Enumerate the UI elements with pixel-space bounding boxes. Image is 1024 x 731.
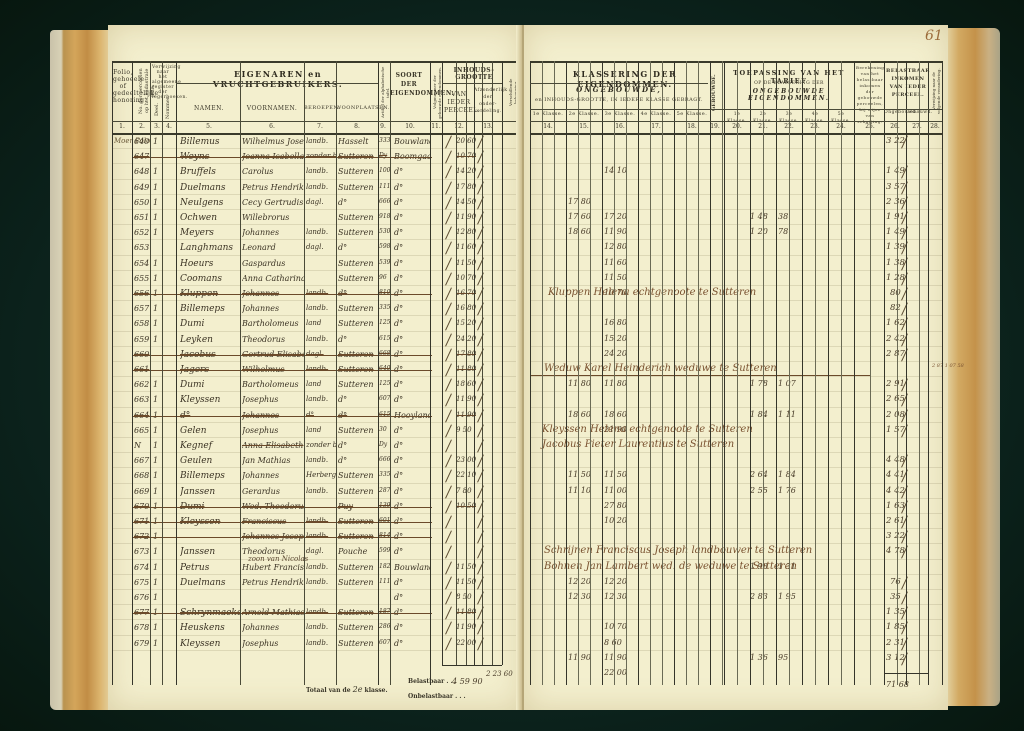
colnum-8: 8. [336,123,378,130]
owner-trade: zonder beroep [306,152,336,160]
header-col7: BEROEPEN. [304,105,336,112]
unbuilt-sub: en INHOUDS-GROOTTE, IN IEDERE KLASSE GEB… [530,97,708,104]
check-mark [445,257,452,270]
row-rule [530,407,942,408]
class-area-value: 38 [778,212,788,221]
row-rule [530,513,942,514]
colnum-13: 13. [474,123,502,130]
deel-number: 1 [153,183,158,192]
class-area-value: 11 00 [604,486,627,495]
table-row: 6791KleyssenJosephuslandb.Sutteren607d°2… [108,635,522,654]
row-rule [530,543,942,544]
property-kind: d° [394,274,430,283]
property-kind: d° [394,593,430,602]
row-rule [530,498,942,499]
check-mark [445,227,452,240]
owner-trade: landb. [306,563,336,571]
nontaxable-label: Onbelastbaar . . . [408,693,466,700]
folio-number: 61 [925,28,943,44]
left-page: Folio, gehoeele of gedeeltelijke honorin… [108,25,522,710]
owner-trade: landb. [306,623,336,631]
owner-given-names: Cecy Gertrudis [242,198,304,207]
header-col10: SOORT DER EIGENDOMMEN. [390,71,428,98]
owner-trade: landb. [306,578,336,586]
header-col11: Volgnummer der gebouwde eigendommen. [432,65,442,120]
check-mark [445,424,452,437]
deel-number: 1 [153,487,158,496]
right-column-rule [928,61,929,685]
class-area-value: 11 50 [568,470,591,479]
right-column-rule [626,61,627,685]
row-rule [530,574,942,575]
class-area-value: 8 60 [604,638,622,647]
class-area-value: 1 95 [778,592,796,601]
check-mark [445,409,452,422]
taxable-label: Belastbaar . . . [408,678,457,685]
total-class: 2e [353,685,363,694]
left-column-rule [430,61,431,685]
left-page-table: Folio, gehoeele of gedeeltelijke honorin… [108,25,522,710]
owner-given-names: Leonard [242,243,304,252]
class-header-rule [530,109,942,110]
owner-name: Kleyssen [180,639,240,649]
class-area-value: 12 20 [568,577,591,586]
row-rule [530,209,942,210]
owner-trade: landb. [306,304,336,312]
income-unbuilt-value: 76 [890,577,901,587]
check-mark [445,287,452,300]
check-mark [445,166,452,179]
owner-trade: landb. [306,167,336,175]
left-column-rule [466,61,467,665]
owner-given-names: Bartholomeus [242,380,304,389]
property-kind: d° [394,578,430,587]
row-rule [530,163,942,164]
owner-residence: d° [338,335,378,344]
property-kind: d° [394,228,430,237]
colnum-27: 27. [906,123,928,130]
right-column-rule [854,61,855,685]
class-area-value: 16 80 [604,318,627,327]
deel-number: 1 [153,456,158,465]
owner-name: Geulen [180,456,240,466]
row-rule [530,315,942,316]
class-area-value: 11 90 [604,227,627,236]
row-rule [530,422,942,423]
row-rule [530,650,942,651]
owner-given-names: Carolus [242,167,304,176]
left-column-rule [390,61,391,685]
total-suffix: klasse. [365,687,388,694]
owner-name: Bruffels [180,167,240,177]
left-column-rule [378,61,379,685]
owner-name: Neulgens [180,198,240,208]
property-kind: d° [394,335,430,344]
unbuilt-class-label: 5e Klasse. [674,111,710,118]
area-total-rule [442,665,502,666]
owner-residence: d° [338,198,378,207]
deel-number: 1 [153,228,158,237]
class-area-value: 1 84 [750,410,768,419]
class-area-value: 1 20 [750,227,768,236]
owner-given-names: Jan Mathias [242,456,304,465]
owner-trade: landb. [306,137,336,145]
check-mark [445,515,452,528]
owner-given-names: Johannes [242,228,304,237]
class-area-value: 1 36 [750,653,768,662]
property-kind: d° [394,487,430,496]
row-rule [530,559,942,560]
check-mark [445,470,452,483]
row-rule [530,270,942,271]
owner-residence: Sutteren [338,578,378,587]
deel-number: 1 [153,563,158,572]
owner-given-names: Bartholomeus [242,319,304,328]
header-col26: Ongebouwd. [884,109,906,116]
check-mark [445,242,452,255]
built-header: GEBOUWDE. [711,79,717,111]
class-area-value: 11 60 [604,258,627,267]
owner-residence: Sutteren [338,183,378,192]
owner-trade: land [306,426,336,434]
row-rule [530,239,942,240]
owner-name: Heuskens [180,623,240,633]
owner-given-names: Gaspardus [242,259,304,268]
left-column-rule [492,61,493,665]
class-area-value: 12 20 [604,577,627,586]
owner-residence: Sutteren [338,304,378,313]
right-column-rule [815,61,816,685]
owner-name: Duelmans [180,183,240,193]
owner-residence: Sutteren [338,487,378,496]
right-column-rule [650,61,651,685]
row-rule [530,194,942,195]
property-kind: d° [394,259,430,268]
owners-group-title: EIGENAREN en VRUCHTGEBRUIKERS. [178,69,378,89]
right-column-rule [919,61,920,685]
left-column-rule [176,61,177,685]
owner-trade: landb. [306,517,336,525]
row-rule [530,467,942,468]
check-mark [445,591,452,604]
owner-residence: Sutteren [338,259,378,268]
class-area-value: 1 78 [750,379,768,388]
deel-number: 1 [153,213,158,222]
colnum-26: 26. [884,123,906,130]
owner-name: Meyers [180,228,240,238]
class-area-value: 22 00 [604,668,627,677]
check-mark [445,394,452,407]
row-rule [530,179,942,180]
deel-number: 1 [153,198,158,207]
owner-trade: landb. [306,487,336,495]
check-mark [445,500,452,513]
right-column-rule [942,61,943,685]
deel-number: 1 [153,395,158,404]
owner-given-names: Wilhelmus Josephus [242,137,304,146]
owner-trade: landb. [306,395,336,403]
right-column-rule [870,61,871,685]
right-column-rule [750,61,751,685]
owner-trade: landb. [306,365,336,373]
row-rule [530,635,942,636]
property-kind: d° [394,639,430,648]
row-rule [530,376,942,377]
owner-trade: landb. [306,456,336,464]
header-col27: Gebouwd. [906,109,928,116]
deel-number: 1 [153,441,158,450]
header-col1: Folio, gehoeele of gedeeltelijke honorin… [113,69,133,104]
unbuilt-class-label: 2e Klasse. [566,111,602,118]
right-column-rule [906,61,907,685]
check-mark [445,303,452,316]
owner-name: Ochwen [180,213,240,223]
owner-given-names: Hubert Franciscus [242,563,304,572]
right-column-rule [638,61,639,685]
property-kind: d° [394,243,430,252]
owner-trade: dagl. [306,547,336,555]
header-col12: VAN IEDER PERCEEL. [444,91,474,115]
left-column-rule [442,61,443,665]
header-col34-group: Verwijzing naar het algemeene register d… [152,65,174,100]
owner-given-names: Gerardus [242,487,304,496]
owner-trade: d° [306,411,336,419]
row-rule [530,604,942,605]
left-column-rule [150,61,151,685]
transfer-note: Bohnen Jan Lambert wed. de weduwe te Sut… [544,561,797,572]
right-column-rule [590,61,591,685]
property-kind: d° [394,471,430,480]
owner-name: Kleyssen [180,395,240,405]
row-rule [530,391,942,392]
colnum-10: 10. [390,123,430,130]
property-kind: d° [394,456,430,465]
check-mark [445,607,452,620]
right-column-rule [884,61,885,685]
owner-residence: Sutteren [338,563,378,572]
check-mark [445,348,452,361]
owner-name: Dumi [180,319,240,329]
class-area-value: 14 10 [604,166,627,175]
property-kind: d° [394,167,430,176]
deel-number: 1 [153,593,158,602]
property-kind: Bouwland [394,137,430,146]
owners-group-rule [176,83,378,84]
colnum-11: 11. [430,123,442,130]
row-rule [530,300,942,301]
right-column-rule [789,61,790,685]
owner-residence: Sutteren [338,167,378,176]
deel-number: 1 [153,426,158,435]
left-column-rule [456,61,457,665]
owner-residence: d° [338,243,378,252]
row-rule [530,346,942,347]
right-column-rule [602,61,603,685]
check-mark [445,211,452,224]
unbuilt-group-rule [530,83,708,84]
deel-number: 1 [153,380,158,389]
left-column-rule [162,61,163,685]
check-mark [445,637,452,650]
unbuilt-class-label: 3e Klasse. [602,111,638,118]
income-unbuilt-value: 80 [890,288,901,298]
class-area-value: 11 90 [604,653,627,662]
owner-trade: dagl. [306,243,336,251]
owner-residence: d° [338,395,378,404]
colnum-rule [530,121,942,122]
deel-number: 1 [153,137,158,146]
right-column-rule [698,61,699,685]
transfer-line [530,375,870,376]
left-column-rule [502,61,503,665]
income-unbuilt-value: 82 [890,303,901,313]
check-mark [445,622,452,635]
right-column-rule [566,61,567,685]
right-column-rule [578,61,579,685]
owner-name: Janssen [180,547,240,557]
owner-name: Billemeps [180,471,240,481]
unbuilt-title: ONGEBOUWDE, [530,85,708,94]
check-mark [445,135,452,148]
owner-residence: Pouche [338,547,378,556]
colnum-12: 12. [444,123,474,130]
owner-trade: landb. [306,183,336,191]
deel-number: 1 [153,623,158,632]
owner-trade: dagl. [306,350,336,358]
class-area-value: 1 76 [778,486,796,495]
right-column-rule [686,61,687,685]
transfer-note: Schrijnen Franciscus Joseph landbouwer t… [544,545,812,556]
owner-residence: Sutteren [338,274,378,283]
right-column-rule [897,61,898,685]
owner-residence: d° [338,441,378,450]
class-area-value: 1 84 [778,470,796,479]
row-rule [530,361,942,362]
check-mark [445,151,452,164]
check-mark [445,485,452,498]
owner-name: Hoeurs [180,259,240,269]
class-area-value: 1 48 [750,212,768,221]
owner-residence: Sutteren [338,380,378,389]
unbuilt-class-label: 4e Klasse. [638,111,674,118]
right-column-rule [530,61,531,685]
class-area-value: 17 20 [604,212,627,221]
right-column-rule [763,61,764,685]
colnum-3: 3. [152,123,162,130]
check-mark [445,272,452,285]
row-rule [530,528,942,529]
owner-name: Billemeps [180,304,240,314]
row-rule [530,148,942,149]
right-column-rule [554,61,555,685]
right-column-rule [724,61,725,685]
left-column-rule [240,61,241,685]
owner-given-names: Josephus [242,426,304,435]
class-area-value: 2 64 [750,470,768,479]
check-mark [445,576,452,589]
income-total-rule [884,673,928,674]
right-page: KLASSERING DER EIGENDOMMEN. ONGEBOUWDE, … [524,25,948,710]
deel-number: 1 [153,547,158,556]
class-area-value: 78 [778,227,788,236]
owner-name: Duelmans [180,578,240,588]
deel-number: 1 [153,639,158,648]
owner-given-names: Josephus [242,639,304,648]
class-area-value: 10 70 [604,622,627,631]
property-kind: d° [394,380,430,389]
owner-given-names: Petrus Hendrik [242,183,304,192]
owner-given-names: Anna Elisabeth [242,441,304,450]
right-column-rule [802,61,803,685]
owner-residence: Sutteren [338,213,378,222]
check-mark [445,531,452,544]
left-column-rule [112,61,113,685]
class-area-value: 11 10 [568,486,591,495]
right-column-rule [828,61,829,685]
class-area-value: 17 80 [568,197,591,206]
income-unbuilt-value: 35 [890,592,901,602]
deel-number: 1 [153,304,158,313]
left-column-rule [304,61,305,685]
colnum-1: 1. [114,123,130,130]
total-label: Totaal van de 2e klasse. [306,685,388,694]
owner-given-names: Johannes [242,304,304,313]
owner-trade: landb. [306,289,336,297]
owner-residence: Sutteren [338,623,378,632]
property-kind: d° [394,213,430,222]
class-area-value: 1 07 [778,379,796,388]
right-column-rule [614,61,615,685]
deel-number: 1 [153,319,158,328]
check-mark [445,196,452,209]
check-mark [445,546,452,559]
class-area-value: 18 60 [604,410,627,419]
owner-name: Dumi [180,380,240,390]
header-col6: VOORNAMEN. [240,105,304,112]
property-kind: Bouwland [394,563,430,572]
class-area-value: 2 55 [750,486,768,495]
unbuilt-class-number: 14. [530,123,566,130]
row-rule [530,285,942,286]
left-column-rule [482,61,483,665]
property-kind: d° [394,304,430,313]
owner-given-names: Willebrorus [242,213,304,222]
class-area-value: 27 80 [604,501,627,510]
owner-residence: Sutteren [338,471,378,480]
property-kind: d° [394,426,430,435]
property-kind: d° [394,441,430,450]
owner-given-names: Petrus Hendrik [242,578,304,587]
class-area-value: 11 50 [604,273,627,282]
owner-residence: Sutteren [338,426,378,435]
unbuilt-class-number: 16. [602,123,638,130]
deel-number: 1 [153,335,158,344]
class-area-value: 11 50 [604,470,627,479]
owner-trade: landb. [306,335,336,343]
check-mark [445,561,452,574]
colnum-28: 28. [929,123,941,130]
unbuilt-class-label: 1e Klasse. [530,111,566,118]
class-area-value: 17 60 [568,212,591,221]
owner-residence: Sutteren [338,228,378,237]
book-edge-left [50,30,112,710]
right-column-rule [710,61,711,685]
owner-residence: Sutteren [338,639,378,648]
owner-trade: landb. [306,608,336,616]
class-area-value: 15 20 [604,334,627,343]
class-area-value: 10 20 [604,516,627,525]
right-column-rule [737,61,738,685]
